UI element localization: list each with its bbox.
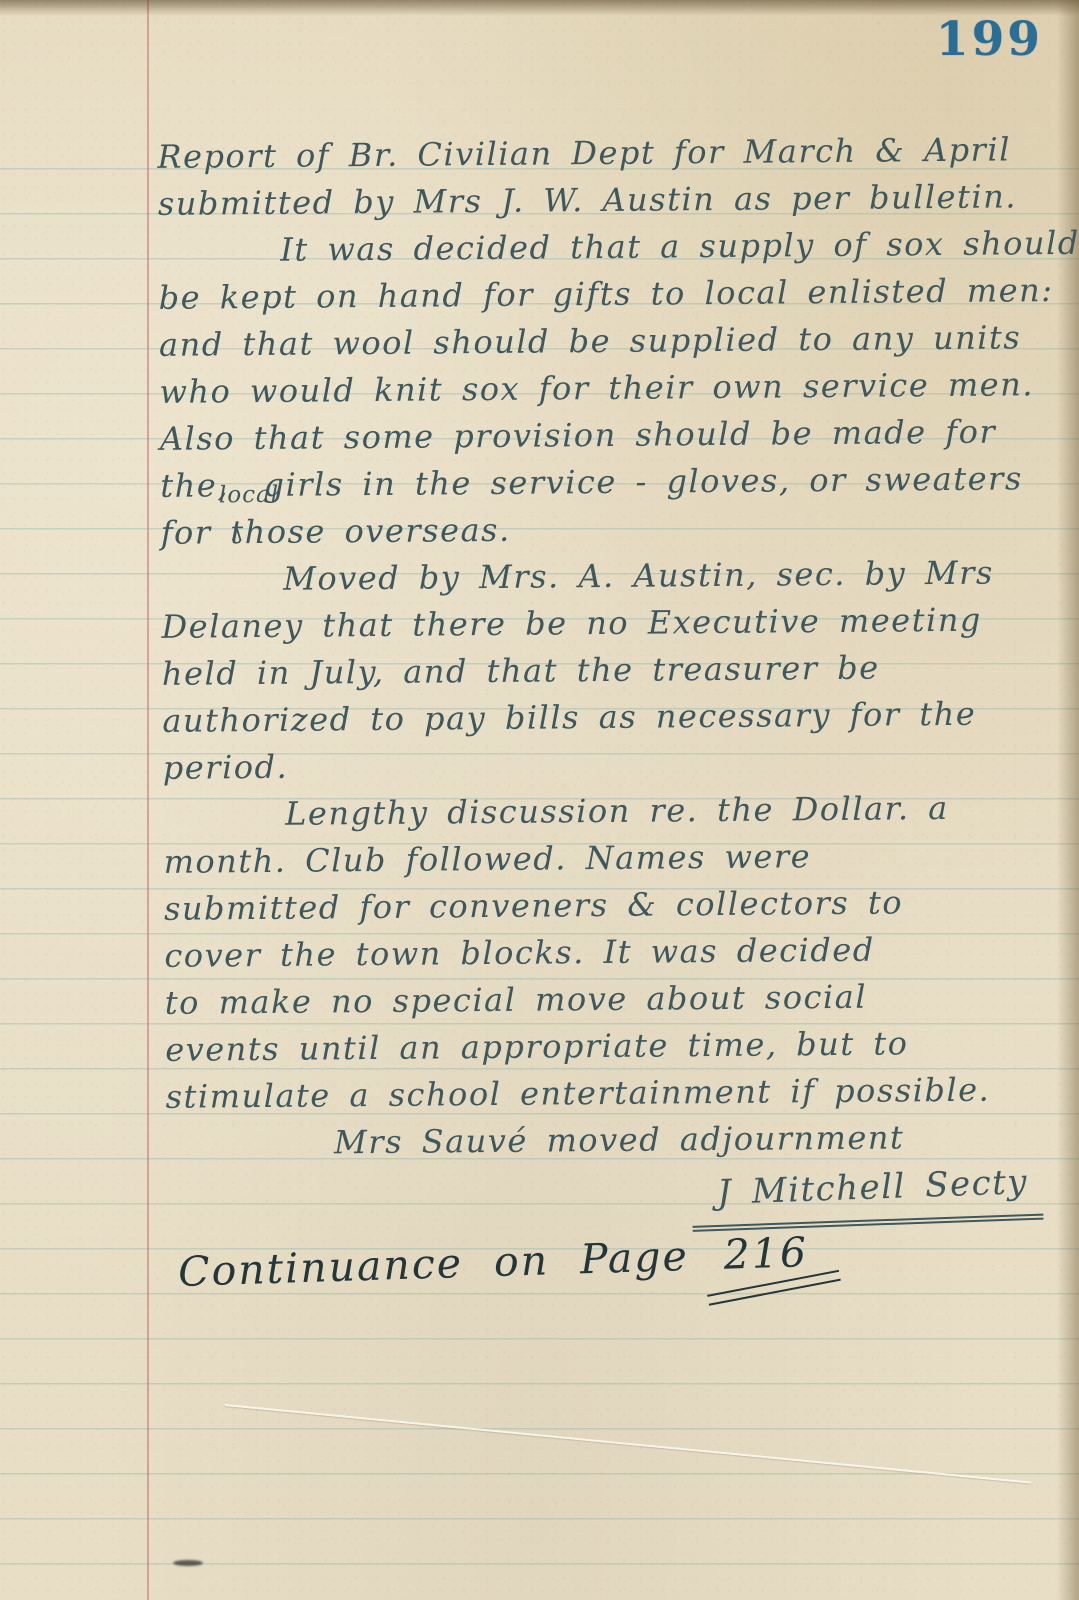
handwritten-line: Lengthy discussion re. the Dollar. a [163,784,1045,839]
handwritten-line: cover the town blocks. It was decided [164,925,1046,980]
ink-smudge [173,1560,203,1566]
handwritten-line: Moved by Mrs. A. Austin, sec. by Mrs [161,549,1043,604]
continuance-note: Continuance on Page 216 [177,1228,812,1296]
handwritten-line: for those overseas. [161,502,1043,557]
handwritten-line: month. Club followed. Names were [163,831,1045,886]
line-text: girls in the service - gloves, or sweate… [245,459,1023,504]
signature-line: J Mitchell Secty [166,1160,1048,1228]
red-margin-line [147,0,149,1600]
page-top-edge-shadow [0,0,1079,16]
handwritten-line: and that wool should be supplied to any … [159,314,1041,369]
continuance-page-ref: 216 [719,1228,813,1279]
handwritten-line: stimulate a school entertainment if poss… [165,1066,1047,1121]
handwritten-line: Also that some provision should be made … [160,408,1042,463]
inserted-word: local [219,472,280,520]
secretary-signature: J Mitchell Secty [691,1156,1044,1232]
handwritten-line: events until an appropriate time, but to [165,1019,1047,1074]
handwritten-line: It was decided that a supply of sox shou… [158,220,1040,275]
ledger-page: 199 Report of Br. Civilian Dept for Marc… [0,0,1079,1600]
handwritten-line: Delaney that there be no Executive meeti… [161,596,1043,651]
handwritten-line: submitted by Mrs J. W. Austin as per bul… [158,173,1040,228]
handwritten-line: held in July, and that the treasurer be [162,643,1044,698]
paper-crease [225,1404,1031,1484]
handwritten-line: to make no special move about social [165,972,1047,1027]
handwritten-line: authorized to pay bills as necessary for… [162,690,1044,745]
handwritten-line: period. [163,737,1045,792]
handwritten-line: Report of Br. Civilian Dept for March & … [157,126,1039,181]
handwritten-line: the,∧local girls in the service - gloves… [160,455,1042,510]
handwritten-line: who would knit sox for their own service… [159,361,1041,416]
continuance-page-number: 216 [723,1228,809,1279]
continuance-text: Continuance on Page [177,1232,689,1296]
handwriting-block: Report of Br. Civilian Dept for March & … [157,126,1049,1228]
handwritten-line: be kept on hand for gifts to local enlis… [158,267,1040,322]
page-number: 199 [936,12,1043,67]
handwritten-line: submitted for conveners & collectors to [164,878,1046,933]
